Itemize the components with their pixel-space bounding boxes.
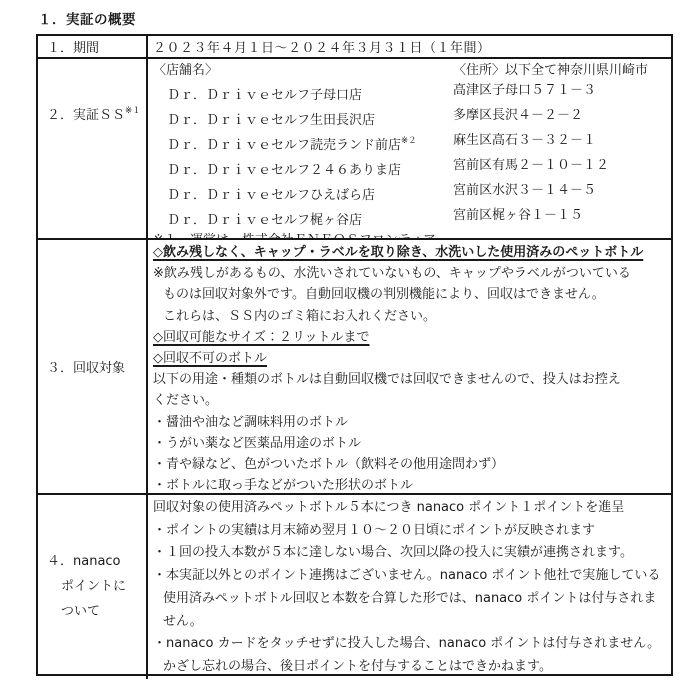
store-address: 麻生区高石３－３２－１ — [453, 131, 596, 151]
doc-title: １．実証の概要 — [38, 8, 136, 28]
nanaco-rule-line: ・nanaco カードをタッチせずに投入した場合、nanaco ポイントは付与さ… — [153, 633, 671, 656]
store-name-sup: ※２ — [401, 136, 417, 146]
collection-ng-heading: ◇回収不可のボトル — [153, 348, 671, 369]
row-demonstration-ss-header: ２．実証ＳＳ※１ — [38, 59, 148, 238]
store-row: Ｄｒ．Ｄｒｉｖｅセルフひえばら店 宮前区水沢３－１４－５ — [153, 181, 671, 206]
row-period: １．期間 ２０２３年４月１日～２０２４年３月３１日（１年間） — [38, 36, 671, 59]
collection-ng-item: ・青や緑など、色がついたボトル（飲料その他用途問わず） — [153, 454, 671, 475]
nanaco-rule-line: ・本実証以外とのポイント連携はございません。nanaco ポイント他社で実施して… — [153, 565, 671, 588]
row-collection-target-header: ３．回収対象 — [38, 240, 148, 493]
store-name: Ｄｒ．Ｄｒｉｖｅセルフ読売ランド前店 — [153, 136, 401, 156]
nanaco-points-body: 回収対象の使用済みペットボトル５本につき nanaco ポイント１ポイントを進呈… — [148, 495, 671, 679]
page-root: { "colors": { "background": "#ffffff", "… — [0, 0, 700, 683]
overview-table: １．期間 ２０２３年４月１日～２０２４年３月３１日（１年間） ２．実証ＳＳ※１ … — [36, 34, 673, 676]
store-address: 高津区子母口５７１－３ — [453, 81, 596, 101]
collection-rule-heading: ◇飲み残しなく、キャップ・ラベルを取り除き、水洗いした使用済みのペットボトル — [153, 242, 671, 263]
row-collection-target: ３．回収対象 ◇飲み残しなく、キャップ・ラベルを取り除き、水洗いした使用済みのペ… — [38, 240, 671, 495]
row-demonstration-ss-header-text: ２．実証ＳＳ — [47, 108, 125, 123]
collection-ng-line: ください。 — [153, 390, 671, 411]
collection-ng-item: ・醤油や油など調味料用のボトル — [153, 412, 671, 433]
store-row: Ｄｒ．Ｄｒｉｖｅセルフ生田長沢店 多摩区長沢４－２－２ — [153, 106, 671, 131]
row-demonstration-ss-header-sup: ※１ — [125, 106, 141, 116]
collection-target-body: ◇飲み残しなく、キャップ・ラベルを取り除き、水洗いした使用済みのペットボトル ※… — [148, 240, 671, 493]
store-row: Ｄｒ．Ｄｒｉｖｅセルフ子母口店 高津区子母口５７１－３ — [153, 81, 671, 106]
nanaco-rule-line: ・ポイントの実績は月末締め翌月１０～２０日頃にポイントが反映されます — [153, 520, 671, 543]
collection-size-heading: ◇回収可能なサイズ：２リットルまで — [153, 327, 671, 348]
nanaco-rule-line: 使用済みペットボトル回収と本数を合算した形では、nanaco ポイントは付与され… — [153, 588, 671, 611]
store-address: 多摩区長沢４－２－２ — [453, 106, 583, 126]
row-demonstration-ss: ２．実証ＳＳ※１ 〈店舗名〉 〈住所〉以下全て神奈川県川崎市 Ｄｒ．Ｄｒｉｖｅセ… — [38, 59, 671, 240]
store-name: Ｄｒ．Ｄｒｉｖｅセルフ梶ヶ谷店 — [153, 211, 362, 231]
nanaco-rule-line: せん。 — [153, 611, 671, 634]
row-nanaco-points-header: ４．nanaco ポイントに ついて — [38, 495, 148, 679]
store-list: 〈店舗名〉 〈住所〉以下全て神奈川県川崎市 Ｄｒ．Ｄｒｉｖｅセルフ子母口店 高津… — [148, 59, 671, 238]
store-name: Ｄｒ．Ｄｒｉｖｅセルフひえばら店 — [153, 186, 375, 206]
store-name: Ｄｒ．Ｄｒｉｖｅセルフ２４６ありま店 — [153, 161, 401, 181]
store-address: 宮前区水沢３－１４－５ — [453, 181, 596, 201]
row-period-value: ２０２３年４月１日～２０２４年３月３１日（１年間） — [148, 36, 671, 57]
store-address: 宮前区有馬２－１０－１２ — [453, 156, 609, 176]
row-period-header: １．期間 — [38, 36, 148, 57]
collection-note-line: ※飲み残しがあるもの、水洗いされていないもの、キャップやラベルがついている — [153, 263, 671, 284]
nanaco-rule-line: 回収対象の使用済みペットボトル５本につき nanaco ポイント１ポイントを進呈 — [153, 497, 671, 520]
address-column-header: 〈住所〉以下全て神奈川県川崎市 — [453, 61, 648, 81]
collection-note-line: これらは、ＳＳ内のゴミ箱にお入れください。 — [153, 306, 671, 327]
store-name: Ｄｒ．Ｄｒｉｖｅセルフ子母口店 — [153, 86, 362, 106]
collection-note-line: ものは回収対象外です。自動回収機の判別機能により、回収はできません。 — [153, 284, 671, 305]
collection-ng-item: ・うがい薬など医薬品用途のボトル — [153, 433, 671, 454]
store-name: Ｄｒ．Ｄｒｉｖｅセルフ生田長沢店 — [153, 111, 375, 131]
store-row: Ｄｒ．Ｄｒｉｖｅセルフ読売ランド前店※２ 麻生区高石３－３２－１ — [153, 131, 671, 156]
store-name-column-header: 〈店舗名〉 — [153, 63, 218, 78]
collection-ng-line: 以下の用途・種類のボトルは自動回収機では回収できませんので、投入はお控え — [153, 369, 671, 390]
row-nanaco-points: ４．nanaco ポイントに ついて 回収対象の使用済みペットボトル５本につき … — [38, 495, 671, 679]
store-address: 宮前区梶ヶ谷１－１５ — [453, 206, 583, 226]
footnote-1: ※１ 運営は、株式会社ＥＮＥＯＳフロンティア — [153, 231, 671, 238]
nanaco-rule-line: かざし忘れの場合、後日ポイントを付与することはできかねます。 — [153, 656, 671, 679]
store-list-column-headers: 〈店舗名〉 〈住所〉以下全て神奈川県川崎市 — [153, 61, 671, 81]
nanaco-header-line: ついて — [47, 599, 146, 624]
store-row: Ｄｒ．Ｄｒｉｖｅセルフ梶ヶ谷店 宮前区梶ヶ谷１－１５ — [153, 206, 671, 231]
store-row: Ｄｒ．Ｄｒｉｖｅセルフ２４６ありま店 宮前区有馬２－１０－１２ — [153, 156, 671, 181]
collection-ng-item: ・ボトルに取っ手などがついた形状のボトル — [153, 475, 671, 493]
nanaco-rule-line: ・１回の投入本数が５本に達しない場合、次回以降の投入に実績が連携されます。 — [153, 542, 671, 565]
nanaco-header-line: ポイントに — [47, 574, 146, 599]
nanaco-header-line: ４．nanaco — [47, 549, 146, 574]
